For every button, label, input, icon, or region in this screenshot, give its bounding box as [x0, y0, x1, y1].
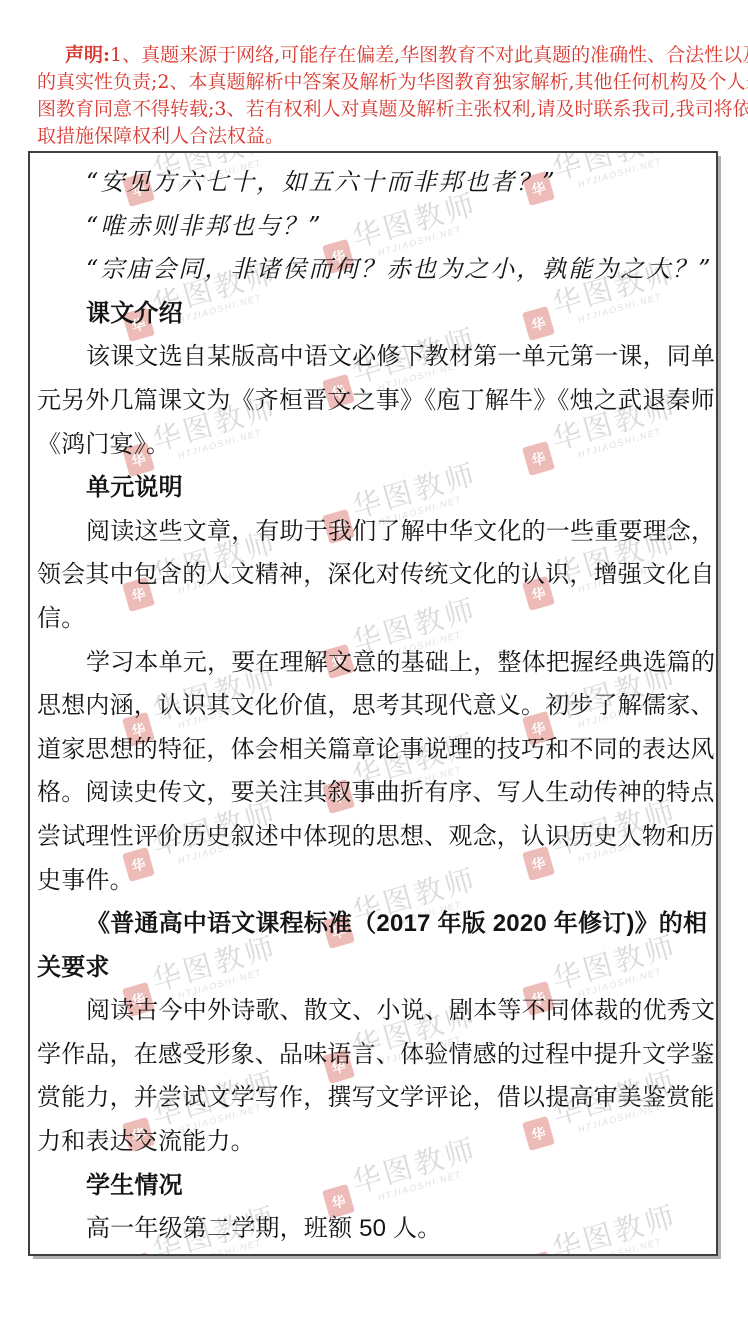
doc-line: 领会其中包含的人文精神，深化对传统文化的认识，增强文化自: [37, 553, 712, 597]
disclaimer-line: 的真实性负责;2、本真题解析中答案及解析为华图教育独家解析,其他任何机构及个人未…: [37, 69, 715, 96]
doc-line: 格。阅读史传文，要关注其叙事曲折有序、写人生动传神的特点，: [37, 771, 712, 815]
doc-line: “宗庙会同，非诸侯而何？赤也为之小，孰能为之大？”: [37, 248, 712, 292]
huatu-logo-icon: 华: [522, 1251, 555, 1254]
section-heading: 单元说明: [37, 466, 712, 510]
doc-line: 高一年级第二学期，班额 50 人。: [37, 1207, 712, 1251]
doc-line: “安见方六七十，如五六十而非邦也者？”: [37, 161, 712, 205]
disclaimer-line: 取措施保障权利人合法权益。: [37, 123, 715, 150]
doc-line: 赏能力，并尝试文学写作，撰写文学评论，借以提高审美鉴赏能: [37, 1076, 712, 1120]
disclaimer-line: 声明:1、真题来源于网络,可能存在偏差,华图教育不对此真题的准确性、合法性以及内…: [37, 42, 715, 69]
doc-line: 思想内涵，认识其文化价值，思考其现代意义。初步了解儒家、: [37, 684, 712, 728]
doc-line: 信。: [37, 597, 712, 641]
doc-line: 阅读这些文章，有助于我们了解中华文化的一些重要理念，: [37, 510, 712, 554]
section-heading: 学生情况: [37, 1164, 712, 1208]
section-heading: 《普通高中语文课程标准（2017 年版 2020 年修订)》的相: [37, 902, 712, 946]
document-page: 华华图教师HTJIAOSHI.NET华华图教师HTJIAOSHI.NET华华图教…: [28, 151, 718, 1256]
doc-line: 学习本单元，要在理解文意的基础上，整体把握经典选篇的: [37, 641, 712, 685]
doc-line: 阅读古今中外诗歌、散文、小说、剧本等不同体裁的优秀文: [37, 989, 712, 1033]
disclaimer-line: 图教育同意不得转载;3、若有权利人对真题及解析主张权利,请及时联系我司,我司将依…: [37, 96, 715, 123]
doc-line: 力和表达交流能力。: [37, 1120, 712, 1164]
document-text: “安见方六七十，如五六十而非邦也者？”“唯赤则非邦也与？”“宗庙会同，非诸侯而何…: [37, 161, 712, 1251]
doc-line: 道家思想的特征，体会相关篇章论事说理的技巧和不同的表达风: [37, 728, 712, 772]
disclaimer-line-text: 1、真题来源于网络,可能存在偏差,华图教育不对此真题的准确性、合法性以及内容: [110, 44, 748, 66]
huatu-logo-icon: 华: [122, 1252, 155, 1254]
legal-disclaimer: 声明:1、真题来源于网络,可能存在偏差,华图教育不对此真题的准确性、合法性以及内…: [37, 42, 715, 150]
doc-line: 该课文选自某版高中语文必修下教材第一单元第一课，同单: [37, 335, 712, 379]
section-heading: 课文介绍: [37, 292, 712, 336]
doc-line: 元另外几篇课文为《齐桓晋文之事》《庖丁解牛》《烛之武退秦师》: [37, 379, 712, 423]
section-heading: 关要求: [37, 946, 712, 990]
doc-line: 学作品，在感受形象、品味语言、体验情感的过程中提升文学鉴: [37, 1033, 712, 1077]
doc-line: 尝试理性评价历史叙述中体现的思想、观念，认识历史人物和历: [37, 815, 712, 859]
disclaimer-label: 声明:: [65, 44, 110, 66]
doc-line: 史事件。: [37, 859, 712, 903]
doc-line: “唯赤则非邦也与？”: [37, 205, 712, 249]
doc-line: 《鸿门宴》。: [37, 423, 712, 467]
